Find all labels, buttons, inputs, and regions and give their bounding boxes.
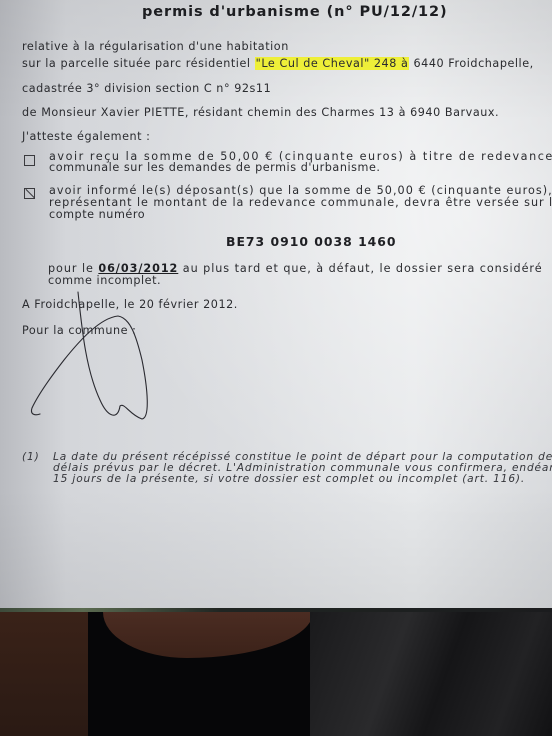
parcel-suffix: 6440 Froidchapelle,	[409, 57, 533, 70]
document-title: permis d'urbanisme (n° PU/12/12)	[142, 4, 448, 20]
background-object	[103, 612, 313, 658]
checkbox-received-fee[interactable]	[24, 155, 35, 166]
background-surface	[0, 608, 552, 736]
option-2-line-3: compte numéro	[49, 208, 145, 221]
deadline-line-2: comme incomplet.	[48, 274, 161, 287]
background-right	[310, 612, 552, 736]
background-left	[0, 612, 88, 736]
cadastre-line: cadastrée 3° division section C n° 92s11	[22, 82, 271, 95]
checkbox-informed-depositor[interactable]	[24, 188, 35, 199]
highlighted-address: "Le Cul de Cheval" 248 à	[255, 57, 410, 70]
attest-line: J'atteste également :	[22, 130, 151, 143]
option-1-line-2: communale sur les demandes de permis d'u…	[49, 161, 380, 174]
handwritten-signature	[20, 290, 180, 440]
applicant-line: de Monsieur Xavier PIETTE, résidant chem…	[22, 106, 499, 119]
document-page: permis d'urbanisme (n° PU/12/12) relativ…	[0, 0, 552, 611]
deadline-suffix: au plus tard et que, à défaut, le dossie…	[178, 262, 542, 275]
relative-line: relative à la régularisation d'une habit…	[22, 40, 289, 53]
parcel-prefix: sur la parcelle située parc résidentiel	[22, 57, 255, 70]
account-number: BE73 0910 0038 1460	[226, 234, 397, 249]
background-middle	[88, 612, 310, 736]
footnote-marker: (1)	[22, 451, 40, 463]
parcel-line: sur la parcelle située parc résidentiel …	[22, 57, 534, 70]
footnote-line-3: 15 jours de la présente, si votre dossie…	[53, 473, 525, 485]
